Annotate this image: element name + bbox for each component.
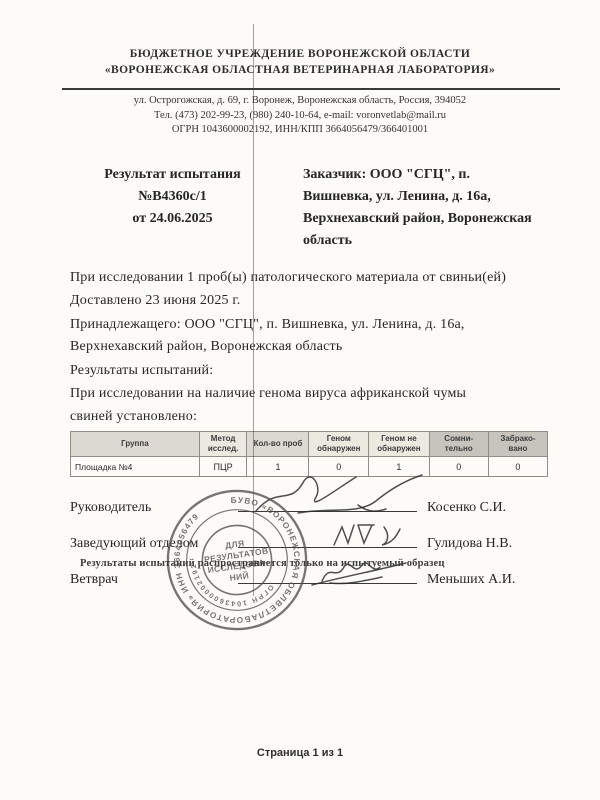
result-date: от 24.06.2025 bbox=[70, 208, 275, 230]
body-line-results-label: Результаты испытаний: bbox=[70, 360, 550, 383]
col-header-genome-detected: Геном обнаружен bbox=[309, 432, 369, 457]
col-header-group: Группа bbox=[71, 432, 200, 457]
result-title-block: Результат испытания №В4360с/1 от 24.06.2… bbox=[70, 164, 275, 252]
header-divider bbox=[62, 88, 560, 90]
cell-doubtful: 0 bbox=[429, 457, 488, 477]
result-title: Результат испытания bbox=[70, 164, 275, 186]
cell-group: Площадка №4 bbox=[71, 457, 200, 477]
contact-address: ул. Острогожская, д. 69, г. Воронеж, Вор… bbox=[0, 94, 600, 109]
col-header-rejected: Забрако- вано bbox=[488, 432, 547, 457]
result-number: №В4360с/1 bbox=[70, 186, 275, 208]
body-line-research: При исследовании 1 проб(ы) патологическо… bbox=[70, 267, 550, 290]
table-header-row: Группа Метод исслед. Кол-во проб Геном о… bbox=[71, 432, 548, 457]
body-line-delivered: Доставлено 23 июня 2025 г. bbox=[70, 290, 550, 313]
organization-name-line2: «ВОРОНЕЖСКАЯ ОБЛАСТНАЯ ВЕТЕРИНАРНАЯ ЛАБО… bbox=[0, 62, 600, 78]
signature-name: Меньших А.И. bbox=[427, 572, 545, 597]
col-header-sample-count: Кол-во проб bbox=[247, 432, 309, 457]
col-header-method: Метод исслед. bbox=[199, 432, 247, 457]
customer-info: Заказчик: ООО "СГЦ", п. Вишневка, ул. Ле… bbox=[303, 164, 535, 252]
result-header-block: Результат испытания №В4360с/1 от 24.06.2… bbox=[0, 164, 600, 252]
col-header-genome-not-detected: Геном не обнаружен bbox=[369, 432, 430, 457]
contact-requisites: ОГРН 1043600002192, ИНН/КПП 3664056479/3… bbox=[0, 123, 600, 138]
signature-name: Косенко С.И. bbox=[427, 500, 545, 525]
body-line-owner: Принадлежащего: ООО "СГЦ", п. Вишневка, … bbox=[70, 314, 550, 359]
contact-block: ул. Острогожская, д. 69, г. Воронеж, Вор… bbox=[0, 94, 600, 138]
body-line-asf-test: При исследовании на наличие генома вирус… bbox=[70, 383, 502, 428]
cell-rejected: 0 bbox=[488, 457, 547, 477]
col-header-doubtful: Сомни- тельно bbox=[429, 432, 488, 457]
contact-phone-email: Тел. (473) 202-99-23, (980) 240-10-64, e… bbox=[0, 109, 600, 124]
organization-name-line1: БЮДЖЕТНОЕ УЧРЕЖДЕНИЕ ВОРОНЕЖСКОЙ ОБЛАСТИ bbox=[0, 46, 600, 62]
signature-name: Гулидова Н.В. bbox=[427, 536, 545, 561]
disclaimer-text: Результаты испытаний распространяется то… bbox=[80, 558, 445, 569]
document-page: БЮДЖЕТНОЕ УЧРЕЖДЕНИЕ ВОРОНЕЖСКОЙ ОБЛАСТИ… bbox=[0, 0, 600, 800]
organization-name: БЮДЖЕТНОЕ УЧРЕЖДЕНИЕ ВОРОНЕЖСКОЙ ОБЛАСТИ… bbox=[0, 46, 600, 78]
page-number: Страница 1 из 1 bbox=[0, 747, 600, 759]
body-text: При исследовании 1 проб(ы) патологическо… bbox=[0, 267, 600, 429]
